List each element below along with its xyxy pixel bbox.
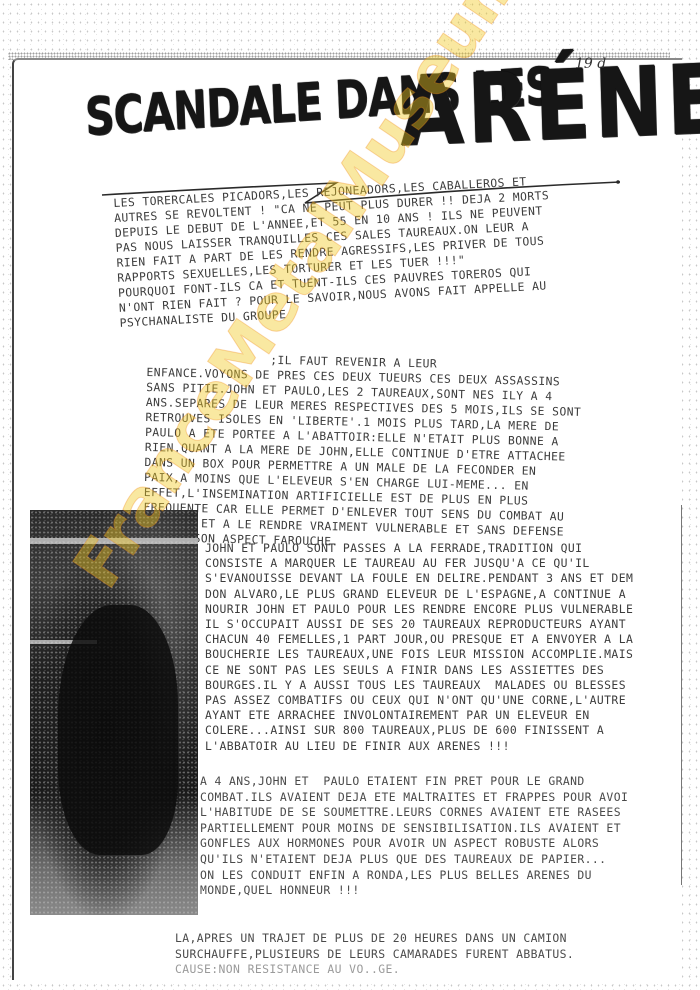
text-line: MONDE,QUEL HONNEUR !!! [200,883,628,899]
text-line: A 4 ANS,JOHN ET PAULO ETAIENT FIN PRET P… [200,774,628,790]
text-line: CONSISTE A MARQUER LE TAUREAU AU FER JUS… [205,556,633,571]
text-line: BOUCHERIE LES TAUREAUX,UNE FOIS LEUR MIS… [205,647,633,662]
paragraph-ferrade: JOHN ET PAULO SONT PASSES A LA FERRADE,T… [205,541,633,754]
text-line: NOURIR JOHN ET PAULO POUR LES RENDRE ENC… [205,602,633,617]
text-line: ON LES CONDUIT ENFIN A RONDA,LES PLUS BE… [200,868,628,884]
text-line: BOURGES.IL Y A AUSSI TOUS LES TAUREAUX M… [205,678,633,693]
text-line: PAS ASSEZ COMBATIFS OU CEUX QUI N'ONT QU… [205,693,633,708]
paragraph-trajet: LA,APRES UN TRAJET DE PLUS DE 20 HEURES … [175,931,574,978]
text-line: JOHN ET PAULO SONT PASSES A LA FERRADE,T… [205,541,633,556]
text-line: L'ABBATOIR AU LIEU DE FINIR AUX ARENES !… [205,739,633,754]
text-line: COMBAT.ILS AVAIENT DEJA ETE MALTRAITES E… [200,790,628,806]
paragraph-combat: A 4 ANS,JOHN ET PAULO ETAIENT FIN PRET P… [200,774,628,899]
text-line: SURCHAUFFE,PLUSIEURS DE LEURS CAMARADES … [175,947,574,963]
text-line: AYANT ETE ARRACHEE INVOLONTAIREMENT PAR … [205,708,633,723]
text-line: LA,APRES UN TRAJET DE PLUS DE 20 HEURES … [175,931,574,947]
bull-photo [30,510,198,915]
text-line: L'HABITUDE DE SE SOUMETTRE.LEURS CORNES … [200,805,628,821]
column-rule [681,505,682,885]
text-line: CHACUN 40 FEMELLES,1 PART JOUR,OU PRESQU… [205,632,633,647]
text-line: S'EVANOUISSE DEVANT LA FOULE EN DELIRE.P… [205,571,633,586]
text-line: COLERE...AINSI SUR 800 TAUREAUX,PLUS DE … [205,723,633,738]
text-line: CAUSE:NON RESISTANCE AU VO..GE. [175,962,574,978]
bull-silhouette [58,605,178,855]
text-line: QU'ILS N'ETAIENT DEJA PLUS QUE DES TAURE… [200,852,628,868]
text-line: CE NE SONT PAS LES SEULS A FINIR DANS LE… [205,663,633,678]
arena-rail [30,538,198,544]
text-line: GONFLES AUX HORMONES POUR AVOIR UN ASPEC… [200,836,628,852]
paragraph-childhood: ;IL FAUT REVENIR A LEURENFANCE.VOYONS DE… [143,350,583,555]
text-line: IL S'OCCUPAIT AUSSI DE SES 20 TAUREAUX R… [205,617,633,632]
title-part-2: ARÉNES! [398,39,700,168]
page-reference: 19 d [575,56,606,72]
text-line: PARTIELLEMENT POUR MOINS DE SENSIBILISAT… [200,821,628,837]
text-line: DON ALVARO,LE PLUS GRAND ELEVEUR DE L'ES… [205,587,633,602]
paragraph-intro: LES TORERCALES PICADORS,LES REJONEADORS,… [113,173,555,331]
